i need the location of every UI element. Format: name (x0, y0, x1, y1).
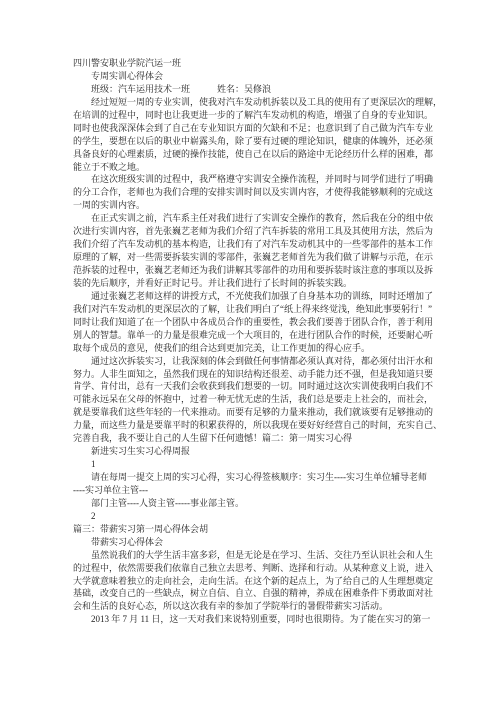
text-line: 通过张巍艺老师这样的讲授方式，不光使我们加强了自身基本功的训练，同时还增加了 (73, 290, 435, 303)
text-line: 通过这次拆装实习，让我深刻的体会到做任何事情都必须认真对待，都必须付出汗水和 (73, 355, 435, 368)
text-line: 2 (73, 510, 435, 523)
text-line: 1 (73, 458, 435, 471)
text-line: 虽然说我们的大学生活丰富多彩，但是无论是在学习、生活、交往乃至认识社会和人生 (73, 549, 435, 562)
class-and-name-line: 班级：汽车运用技术一班 姓名：吴修浪 (73, 83, 435, 96)
text-line: 取每个成员的意见，使我们的组合达到更加完美，让工作更加的得心应手。 (73, 342, 435, 355)
text-line: 努力。人非生面知之，虽然我们现在的知识结构还很差、动手能力还不强，但是我知道只要 (73, 368, 435, 381)
text-line: 同时让我们知道了在一个团队中各成员合作的重要性，教会我们要善于团队合作，善于利用 (73, 316, 435, 329)
text-line: 新进实习生实习心得周报 (73, 445, 435, 458)
text-line: 次进行实训内容，首先张巍艺老师为我们介绍了汽车拆装的常用工具及其使用方法，然后为 (73, 225, 435, 238)
document-title-line: 四川警安职业学院汽运一班 (73, 57, 435, 70)
text-line: 带薪实习心得体会 (73, 536, 435, 549)
text-line: 我们对汽车发动机的更深层次的了解，让我们明白了“纸上得来终觉浅，绝知此事要躬行！… (73, 303, 435, 316)
text-line: 会和生活的良好心态，所以这次我有幸的参加了学院举行的暑假带薪实习活动。 (73, 600, 435, 613)
text-line: 可能永远呆在父母的怀抱中，过着一种无忧无虑的生活，我们总是要走上社会的，而社会， (73, 393, 435, 406)
text-line: 请在每周一提交上周的实习心得，实习心得签核顺序：实习生----实习生单位辅导老师 (73, 471, 435, 484)
document-page: 四川警安职业学院汽运一班 专周实训心得体会 班级：汽车运用技术一班 姓名：吴修浪… (0, 0, 496, 702)
document-heading-line: 专周实训心得体会 (73, 70, 435, 83)
text-line: 的过程中，依然需要我们依靠自己独立去思考、判断、选择和行动。从某种意义上说，进入 (73, 562, 435, 575)
text-line: 装的先后顺序，并看好正时记号。并让我们进行了长时间的拆装实践。 (73, 277, 435, 290)
text-line: 原理的了解，对一些需要拆装实训的零部件，张巍艺老师首先为我们做了讲解与示范，在示 (73, 251, 435, 264)
text-line: 就是要靠我们这些年轻的一代来推动。而要有足够的力量来推动，我们就该要有足够推动的 (73, 406, 435, 419)
text-line: 别人的智慧。靠单一的力量是很难完成一个大项目的，在进行团队合作的时候，还要耐心听 (73, 329, 435, 342)
date-line: 2013 年 7 月 11 日，这一天对我们来说特别重要，同时也很期待。为了能在… (73, 613, 435, 626)
text-line: 部门主管----人资主管-----事业部主管。 (73, 497, 435, 510)
text-line: 力量，而这些力量是要靠平时的积累获得的，所以我现在要好好经营自己的时间，充实自己… (73, 419, 435, 432)
text-line: 完善自我，我不要让自己的人生留下任何遗憾！篇二：第一周实习心得 (73, 432, 435, 445)
text-line: 能立于不败之地。 (73, 161, 435, 174)
text-line: ----实习单位主管--- (73, 484, 435, 497)
text-line: 经过短短一周的专业实训，使我对汽车发动机拆装以及工具的使用有了更深层次的理解， (73, 96, 435, 109)
text-line: 的学生，要想在以后的职业中崭露头角，除了要有过硬的理论知识，健康的体魄外，还必须 (73, 135, 435, 148)
text-line: 大学就意味着独立的走向社会，走向生活。在这个新的起点上，为了给自己的人生理想奠定 (73, 575, 435, 588)
text-line: 一周的实训内容。 (73, 199, 435, 212)
text-line: 的分工合作，老师也为我们合理的安排实训时间以及实训内容，才使得我能够顺利的完成这 (73, 186, 435, 199)
text-line: 在正式实训之前，汽车系主任对我们进行了实训安全操作的教育，然后我在分的组中依 (73, 212, 435, 225)
text-line: 肯学、肯付出，总有一天我们会收获到我们想要的一切。同时通过这次实训使我明白我们不 (73, 380, 435, 393)
text-line: 范拆装的过程中，张巍艺老师还为我们讲解其零部件的功用和要拆装时该注意的事项以及拆 (73, 264, 435, 277)
text-line: 基础，改变自己的一些缺点，树立自信、自立、自强的精神，养成在困难条件下勇敢面对社 (73, 587, 435, 600)
section-heading-line: 篇三：带薪实习第一周心得体会胡 (73, 523, 435, 536)
text-line: 同时也使我深深体会到了自己在专业知识方面的欠缺和不足；也意识到了自己做为汽车专业 (73, 122, 435, 135)
text-line: 我们介绍了汽车发动机的基本构造，让我们有了对汽车发动机其中的一些零部件的基本工作 (73, 238, 435, 251)
text-line: 在这次班级实训的过程中，我严格遵守实训安全操作流程，并同时与同学们进行了明确 (73, 173, 435, 186)
text-line: 在培训的过程中，同时也让我更进一步的了解汽车发动机的构造，增强了自身的专业知识。 (73, 109, 435, 122)
document-text-block: 四川警安职业学院汽运一班 专周实训心得体会 班级：汽车运用技术一班 姓名：吴修浪… (73, 57, 435, 626)
text-line: 具备良好的心理素质，过硬的操作技能，使自己在以后的路途中无论经历什么样的困难，都 (73, 148, 435, 161)
